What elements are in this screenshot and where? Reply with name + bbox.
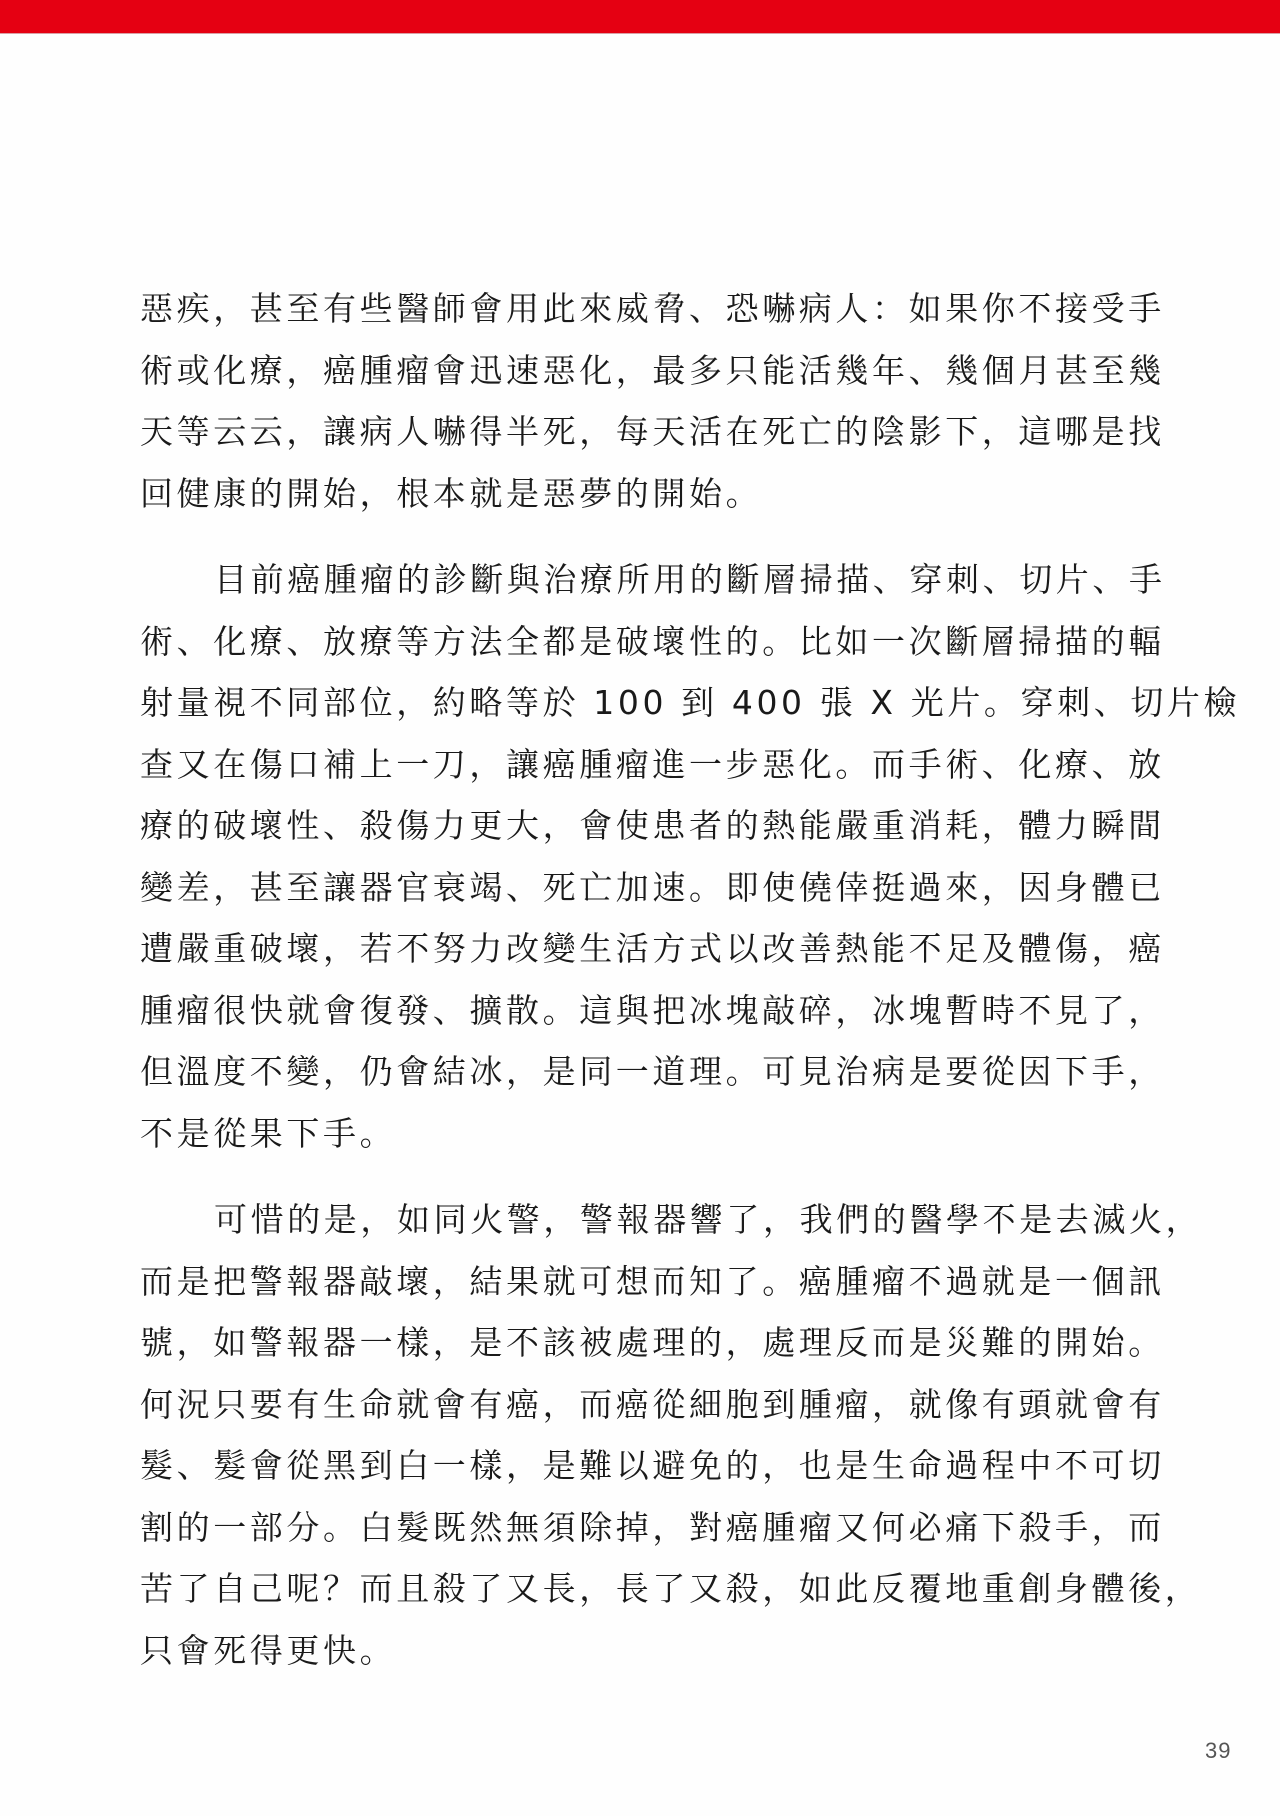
text-line: 只會死得更快。 bbox=[140, 1620, 1142, 1682]
text-line: 割的一部分。白髮既然無須除掉，對癌腫瘤又何必痛下殺手，而 bbox=[140, 1497, 1142, 1559]
paragraph-3: 可惜的是，如同火警，警報器響了，我們的醫學不是去滅火， 而是把警報器敲壞，結果就… bbox=[140, 1189, 1142, 1681]
text-line: 可惜的是，如同火警，警報器響了，我們的醫學不是去滅火， bbox=[140, 1189, 1142, 1251]
text-line: 術或化療，癌腫瘤會迅速惡化，最多只能活幾年、幾個月甚至幾 bbox=[140, 340, 1142, 402]
text-line: 射量視不同部位，約略等於 100 到 400 張 X 光片。穿刺、切片檢 bbox=[140, 672, 1142, 734]
text-line: 療的破壞性、殺傷力更大，會使患者的熱能嚴重消耗，體力瞬間 bbox=[140, 795, 1142, 857]
text-line: 髮、髮會從黑到白一樣，是難以避免的，也是生命過程中不可切 bbox=[140, 1435, 1142, 1497]
text-line: 目前癌腫瘤的診斷與治療所用的斷層掃描、穿刺、切片、手 bbox=[140, 549, 1142, 611]
text-line: 苦了自己呢？而且殺了又長，長了又殺，如此反覆地重創身體後， bbox=[140, 1558, 1142, 1620]
paragraph-1: 惡疾，甚至有些醫師會用此來威脅、恐嚇病人：如果你不接受手 術或化療，癌腫瘤會迅速… bbox=[140, 278, 1142, 524]
text-line: 不是從果下手。 bbox=[140, 1103, 1142, 1165]
text-line: 遭嚴重破壞，若不努力改變生活方式以改善熱能不足及體傷，癌 bbox=[140, 918, 1142, 980]
paragraph-2: 目前癌腫瘤的診斷與治療所用的斷層掃描、穿刺、切片、手 術、化療、放療等方法全都是… bbox=[140, 549, 1142, 1164]
text-line: 何況只要有生命就會有癌，而癌從細胞到腫瘤，就像有頭就會有 bbox=[140, 1374, 1142, 1436]
text-line: 天等云云，讓病人嚇得半死，每天活在死亡的陰影下，這哪是找 bbox=[140, 401, 1142, 463]
text-line: 惡疾，甚至有些醫師會用此來威脅、恐嚇病人：如果你不接受手 bbox=[140, 278, 1142, 340]
text-line: 但溫度不變，仍會結冰，是同一道理。可見治病是要從因下手， bbox=[140, 1041, 1142, 1103]
text-line: 變差，甚至讓器官衰竭、死亡加速。即使僥倖挺過來，因身體已 bbox=[140, 857, 1142, 919]
page-body: 惡疾，甚至有些醫師會用此來威脅、恐嚇病人：如果你不接受手 術或化療，癌腫瘤會迅速… bbox=[140, 278, 1142, 1681]
text-line: 術、化療、放療等方法全都是破壞性的。比如一次斷層掃描的輻 bbox=[140, 611, 1142, 673]
text-line: 號，如警報器一樣，是不該被處理的，處理反而是災難的開始。 bbox=[140, 1312, 1142, 1374]
text-line: 而是把警報器敲壞，結果就可想而知了。癌腫瘤不過就是一個訊 bbox=[140, 1251, 1142, 1313]
text-line: 查又在傷口補上一刀，讓癌腫瘤進一步惡化。而手術、化療、放 bbox=[140, 734, 1142, 796]
page-number: 39 bbox=[1205, 1738, 1231, 1764]
text-line: 回健康的開始，根本就是惡夢的開始。 bbox=[140, 463, 1142, 525]
header-color-bar bbox=[0, 0, 1280, 34]
text-line: 腫瘤很快就會復發、擴散。這與把冰塊敲碎，冰塊暫時不見了， bbox=[140, 980, 1142, 1042]
